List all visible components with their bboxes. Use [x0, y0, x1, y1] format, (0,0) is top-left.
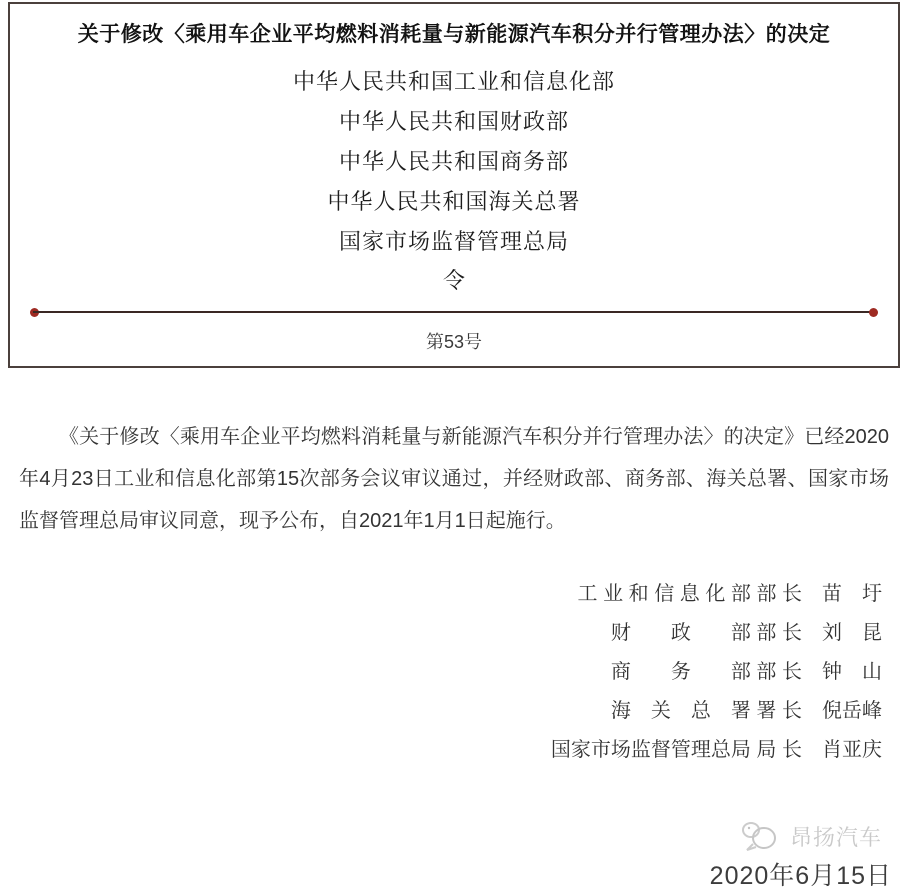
signature-commerce-minister: 商 务 部 部 长 钟 山: [0, 653, 882, 692]
publish-date: 2020年6月15日: [710, 856, 892, 887]
decree-body-paragraph: 《关于修改〈乘用车企业平均燃料消耗量与新能源汽车积分并行管理办法〉的决定》已经2…: [19, 416, 889, 542]
signature-customs-director: 海 关 总 署 署 长 倪岳峰: [0, 692, 882, 731]
authority-line-finance: 中华人民共和国财政部: [10, 102, 898, 142]
authority-line-miit: 中华人民共和国工业和信息化部: [10, 62, 898, 102]
divider-line: [33, 311, 875, 313]
watermark-row: 昂扬汽车: [710, 820, 892, 852]
divider-dot-right-icon: [869, 308, 878, 317]
authority-line-samr: 国家市场监督管理总局: [10, 222, 898, 262]
watermark-text: 昂扬汽车: [790, 821, 882, 852]
decree-header-box: 关于修改〈乘用车企业平均燃料消耗量与新能源汽车积分并行管理办法〉的决定 中华人民…: [8, 2, 900, 368]
authority-line-commerce: 中华人民共和国商务部: [10, 142, 898, 182]
signature-samr-director: 国家市场监督管理总局 局 长 肖亚庆: [0, 731, 882, 770]
signature-block: 工 业 和 信 息 化 部 部 长 苗 圩 财 政 部 部 长 刘 昆 商 务 …: [0, 575, 908, 770]
decree-title: 关于修改〈乘用车企业平均燃料消耗量与新能源汽车积分并行管理办法〉的决定: [10, 18, 898, 48]
footer: 昂扬汽车 2020年6月15日: [710, 820, 892, 887]
decree-divider: [30, 307, 878, 317]
signature-miit-minister: 工 业 和 信 息 化 部 部 长 苗 圩: [0, 575, 882, 614]
issuing-authorities: 中华人民共和国工业和信息化部 中华人民共和国财政部 中华人民共和国商务部 中华人…: [10, 62, 898, 262]
signature-finance-minister: 财 政 部 部 长 刘 昆: [0, 614, 882, 653]
aoyang-auto-logo-icon: [739, 820, 783, 852]
decree-word: 令: [10, 262, 898, 300]
decree-number: 第53号: [10, 328, 898, 354]
authority-line-customs: 中华人民共和国海关总署: [10, 182, 898, 222]
